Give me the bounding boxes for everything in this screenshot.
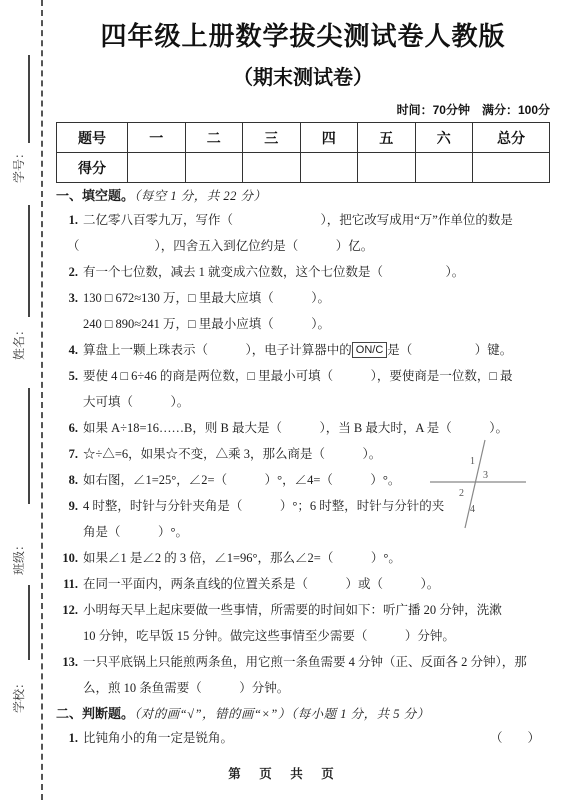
section1-note: （每空 1 分，共 22 分） <box>134 189 267 203</box>
question-4: 4.算盘上一颗上珠表示（ ），电子计算器中的ON/C是（ ）键。 <box>56 337 550 363</box>
question-text: 二亿零八百零九万，写作（ ），把它改写成用“万”作单位的数是 <box>83 213 513 227</box>
score-cell-empty <box>185 153 243 183</box>
question-text: （ ），四舍五入到亿位约是（ ）亿。 <box>67 239 373 253</box>
question-number: 9. <box>56 493 78 519</box>
student-id-label: 学号： <box>10 142 28 188</box>
question-text: 130 □ 672≈130 万，□ 里最大应填（ ）。 <box>83 291 330 305</box>
paper-content: 四年级上册数学拔尖测试卷人教版 （期末测试卷） 时间：70分钟 满分：100分 … <box>56 0 565 751</box>
question-text: 角是（ ）°。 <box>83 525 188 539</box>
question-text: 如果∠1 是∠2 的 3 倍，∠1=96°，那么∠2=（ ）°。 <box>83 551 401 565</box>
question-text: 是（ ）键。 <box>387 343 512 357</box>
section1-title: 一、填空题。 <box>56 188 134 203</box>
test-paper-page: 学号： 姓名： 班级： 学校： 四年级上册数学拔尖测试卷人教版 （期末测试卷） … <box>0 0 565 800</box>
angle-2-label: 2 <box>459 488 464 499</box>
question-text: 240 □ 890≈241 万，□ 里最小应填（ ）。 <box>83 317 330 331</box>
question-text: 一只平底锅上只能煎两条鱼，用它煎一条鱼需要 4 分钟（正、反面各 2 分钟），那 <box>83 655 527 669</box>
question-number: 1. <box>56 725 78 751</box>
paper-subtitle: （期末测试卷） <box>56 62 550 94</box>
section2-heading: 二、判断题。（对的画“√”，错的画“×”）（每小题 1 分，共 5 分） <box>56 703 550 725</box>
score-table-cell: 二 <box>185 123 243 153</box>
section2-title: 二、判断题。 <box>56 706 134 721</box>
question-number: 3. <box>56 285 78 311</box>
answer-blank: （ ） <box>490 725 540 751</box>
angle-4-label: 4 <box>470 504 475 515</box>
question-text: 大可填（ ）。 <box>83 395 189 409</box>
question-number: 1. <box>56 207 78 233</box>
question-text: 比钝角小的角一定是锐角。 <box>83 731 233 745</box>
question-number: 8. <box>56 467 78 493</box>
question-12-line-2: 10 分钟，吃早饭 15 分钟。做完这些事情至少需要（ ）分钟。 <box>56 623 550 649</box>
angles-diagram: 1 3 2 4 <box>428 436 528 536</box>
score-table: 题号 一 二 三 四 五 六 总分 得分 <box>56 122 550 183</box>
score-table-cell-total: 总分 <box>473 123 550 153</box>
seal-dashed-line <box>41 0 43 800</box>
question-number: 12. <box>56 597 78 623</box>
score-row-label: 得分 <box>57 153 128 183</box>
question-number: 13. <box>56 649 78 675</box>
question-12-line-1: 12.小明每天早上起床要做一些事情，所需要的时间如下：听广播 20 分钟，洗漱 <box>56 597 550 623</box>
question-number: 6. <box>56 415 78 441</box>
class-writing-line <box>28 388 30 504</box>
calculator-onc-key: ON/C <box>352 342 388 358</box>
question-text: 如果 A÷18=16……B，则 B 最大是（ ），当 B 最大时，A 是（ ）。 <box>83 421 508 435</box>
question-text: 么，煎 10 条鱼需要（ ）分钟。 <box>83 681 289 695</box>
question-text: 要使 4 □ 6÷46 的商是两位数，□ 里最小可填（ ），要使商是一位数，□ … <box>83 369 513 383</box>
question-text: 算盘上一颗上珠表示（ ），电子计算器中的 <box>83 343 352 357</box>
name-writing-line <box>28 205 30 317</box>
score-table-cell: 五 <box>358 123 416 153</box>
score-cell-empty <box>128 153 186 183</box>
score-table-score-row: 得分 <box>57 153 550 183</box>
school-label: 学校： <box>10 672 28 718</box>
transversal-line <box>465 440 485 528</box>
section1-heading: 一、填空题。（每空 1 分，共 22 分） <box>56 185 550 207</box>
score-table-header-row: 题号 一 二 三 四 五 六 总分 <box>57 123 550 153</box>
question-text: 4 时整，时针与分针夹角是（ ）°；6 时整，时针与分针的夹 <box>83 499 444 513</box>
class-label: 班级： <box>10 534 28 580</box>
score-cell-empty <box>358 153 416 183</box>
paper-title: 四年级上册数学拔尖测试卷人教版 <box>56 16 550 56</box>
question-number: 11. <box>56 571 78 597</box>
score-table-cell: 三 <box>243 123 301 153</box>
question-number: 5. <box>56 363 78 389</box>
score-cell-empty <box>415 153 473 183</box>
question-3-line-1: 3.130 □ 672≈130 万，□ 里最大应填（ ）。 <box>56 285 550 311</box>
question-text: 在同一平面内，两条直线的位置关系是（ ）或（ ）。 <box>83 577 439 591</box>
question-10: 10.如果∠1 是∠2 的 3 倍，∠1=96°，那么∠2=（ ）°。 <box>56 545 550 571</box>
question-13-line-2: 么，煎 10 条鱼需要（ ）分钟。 <box>56 675 550 701</box>
time-and-score-info: 时间：70分钟 满分：100分 <box>56 102 550 118</box>
angle-3-label: 3 <box>483 470 488 481</box>
question-text: ☆÷△=6，如果☆不变，△乘 3，那么商是（ ）。 <box>83 447 381 461</box>
question-number: 7. <box>56 441 78 467</box>
question-number: 2. <box>56 259 78 285</box>
question-1-line-2: （ ），四舍五入到亿位约是（ ）亿。 <box>56 233 550 259</box>
question-text-wrap: 1.比钝角小的角一定是锐角。 <box>56 725 233 751</box>
question-text: 如右图，∠1=25°，∠2=（ ）°，∠4=（ ）°。 <box>83 473 400 487</box>
question-number: 4. <box>56 337 78 363</box>
angle-1-label: 1 <box>470 456 475 467</box>
judge-question-1: 1.比钝角小的角一定是锐角。 （ ） <box>56 725 550 751</box>
score-cell-empty <box>473 153 550 183</box>
question-5-line-2: 大可填（ ）。 <box>56 389 550 415</box>
question-13-line-1: 13.一只平底锅上只能煎两条鱼，用它煎一条鱼需要 4 分钟（正、反面各 2 分钟… <box>56 649 550 675</box>
page-footer: 第 页 共 页 <box>0 764 565 782</box>
school-writing-line <box>28 585 30 660</box>
question-text: 有一个七位数，减去 1 就变成六位数，这个七位数是（ ）。 <box>83 265 464 279</box>
score-cell-empty <box>300 153 358 183</box>
question-2: 2.有一个七位数，减去 1 就变成六位数，这个七位数是（ ）。 <box>56 259 550 285</box>
question-1-line-1: 1.二亿零八百零九万，写作（ ），把它改写成用“万”作单位的数是 <box>56 207 550 233</box>
question-3-line-2: 240 □ 890≈241 万，□ 里最小应填（ ）。 <box>56 311 550 337</box>
score-table-cell: 一 <box>128 123 186 153</box>
question-text: 10 分钟，吃早饭 15 分钟。做完这些事情至少需要（ ）分钟。 <box>83 629 455 643</box>
score-cell-empty <box>243 153 301 183</box>
score-table-cell: 六 <box>415 123 473 153</box>
score-table-cell: 四 <box>300 123 358 153</box>
score-table-cell-label: 题号 <box>57 123 128 153</box>
student-id-writing-line <box>28 55 30 143</box>
name-label: 姓名： <box>10 319 28 365</box>
question-text: 小明每天早上起床要做一些事情，所需要的时间如下：听广播 20 分钟，洗漱 <box>83 603 502 617</box>
question-11: 11.在同一平面内，两条直线的位置关系是（ ）或（ ）。 <box>56 571 550 597</box>
section2-note: （对的画“√”，错的画“×”）（每小题 1 分，共 5 分） <box>134 707 430 721</box>
question-number: 10. <box>56 545 78 571</box>
question-5-line-1: 5.要使 4 □ 6÷46 的商是两位数，□ 里最小可填（ ），要使商是一位数，… <box>56 363 550 389</box>
